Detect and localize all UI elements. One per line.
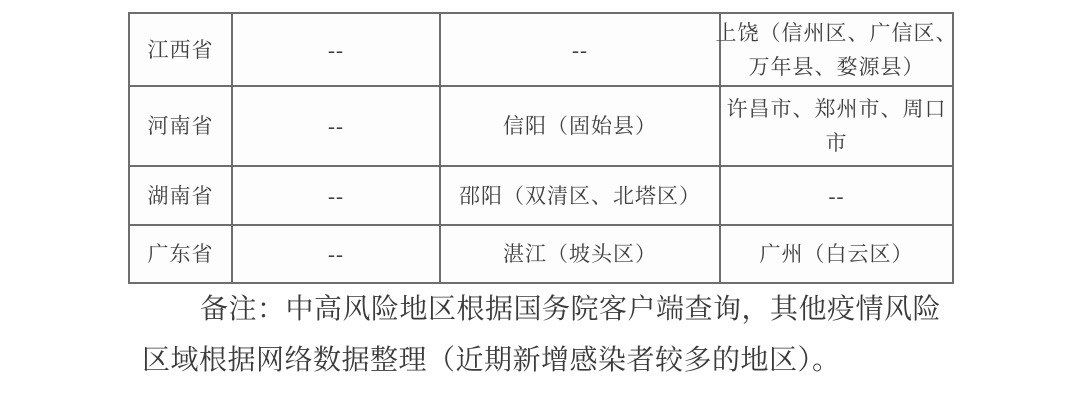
- cell-text: --: [328, 109, 344, 143]
- cell-province-henan: 河南省: [130, 87, 233, 165]
- cell-jiangxi-col3-dash: --: [441, 14, 721, 85]
- cell-jiangxi-risk-areas: 上饶（信州区、广信区、 万年县、婺源县）: [721, 14, 952, 85]
- cell-henan-risk-areas: 许昌市、郑州市、周口 市: [721, 87, 952, 165]
- cell-text-line1: 上饶（信州区、广信区、: [716, 16, 958, 50]
- cell-province-jiangxi: 江西省: [130, 14, 233, 85]
- table-row-henan: 河南省 -- 信阳（固始县） 许昌市、郑州市、周口 市: [130, 87, 952, 167]
- cell-province-hunan: 湖南省: [130, 167, 233, 224]
- cell-text: 江西省: [148, 33, 214, 67]
- cell-jiangxi-col2-dash: --: [233, 14, 441, 85]
- cell-guangdong-guangzhou: 广州（白云区）: [721, 226, 952, 282]
- cell-text: --: [328, 179, 344, 213]
- note-line2: 区域根据网络数据整理（近期新增感染者较多的地区）。: [142, 335, 972, 386]
- cell-text: 湛江（坡头区）: [503, 237, 657, 271]
- note-line1: 备注：中高风险地区根据国务院客户端查询，其他疫情风险: [142, 284, 972, 335]
- cell-hunan-col2-dash: --: [233, 167, 441, 224]
- cell-province-guangdong: 广东省: [130, 226, 233, 282]
- cell-text-line1: 许昌市、郑州市、周口: [727, 92, 947, 126]
- cell-text: --: [328, 237, 344, 271]
- note-paragraph: 备注：中高风险地区根据国务院客户端查询，其他疫情风险 区域根据网络数据整理（近期…: [142, 284, 972, 386]
- cell-henan-col2-dash: --: [233, 87, 441, 165]
- cell-text: --: [328, 33, 344, 67]
- cell-text: 广州（白云区）: [760, 237, 914, 271]
- table-row-jiangxi: 江西省 -- -- 上饶（信州区、广信区、 万年县、婺源县）: [130, 14, 952, 87]
- risk-area-table: 江西省 -- -- 上饶（信州区、广信区、 万年县、婺源县） 河南省 -- 信阳…: [128, 12, 954, 284]
- cell-text: 河南省: [148, 109, 214, 143]
- table-row-hunan: 湖南省 -- 邵阳（双清区、北塔区） --: [130, 167, 952, 226]
- cell-text-line2: 市: [826, 126, 848, 160]
- cell-text-line2: 万年县、婺源县）: [749, 50, 925, 84]
- cell-text: 信阳（固始县）: [503, 109, 657, 143]
- cell-henan-xinyang: 信阳（固始县）: [441, 87, 721, 165]
- cell-text: --: [572, 33, 588, 67]
- document-page: 江西省 -- -- 上饶（信州区、广信区、 万年县、婺源县） 河南省 -- 信阳…: [0, 0, 1080, 401]
- cell-text: 邵阳（双清区、北塔区）: [459, 179, 701, 213]
- cell-guangdong-col2-dash: --: [233, 226, 441, 282]
- cell-hunan-shaoyang: 邵阳（双清区、北塔区）: [441, 167, 721, 224]
- table-row-guangdong: 广东省 -- 湛江（坡头区） 广州（白云区）: [130, 226, 952, 282]
- cell-hunan-col4-dash: --: [721, 167, 952, 224]
- cell-guangdong-zhanjiang: 湛江（坡头区）: [441, 226, 721, 282]
- cell-text: 湖南省: [148, 179, 214, 213]
- cell-text: 广东省: [148, 237, 214, 271]
- cell-text: --: [829, 179, 845, 213]
